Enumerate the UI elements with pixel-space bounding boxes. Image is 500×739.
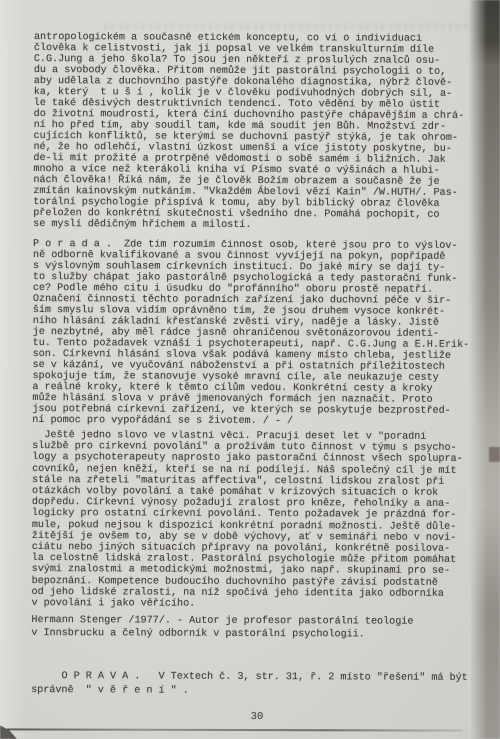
page-number: 30 [237,711,277,723]
body-paragraph-porada: P o r a d a . Zde tím rozumím činnost os… [32,239,487,428]
correction-notice: O P R A V A . V Textech č. 3, str. 31, ř… [31,670,485,700]
body-paragraph-anthropology: antropologickém a současně etickém konce… [33,32,488,232]
body-paragraph-personal-note: Ještě jedno slovo ve vlastní věci. Pracu… [31,430,486,611]
scan-shadow-right-edge [468,0,500,739]
author-attribution: Hermann Stenger /1977/. - Autor je profe… [31,614,485,642]
scan-artifact-notch [489,447,500,462]
scanned-document-page: antropologickém a současně etickém konce… [0,0,500,739]
typewritten-text-layer: antropologickém a současně etickém konce… [0,0,500,739]
